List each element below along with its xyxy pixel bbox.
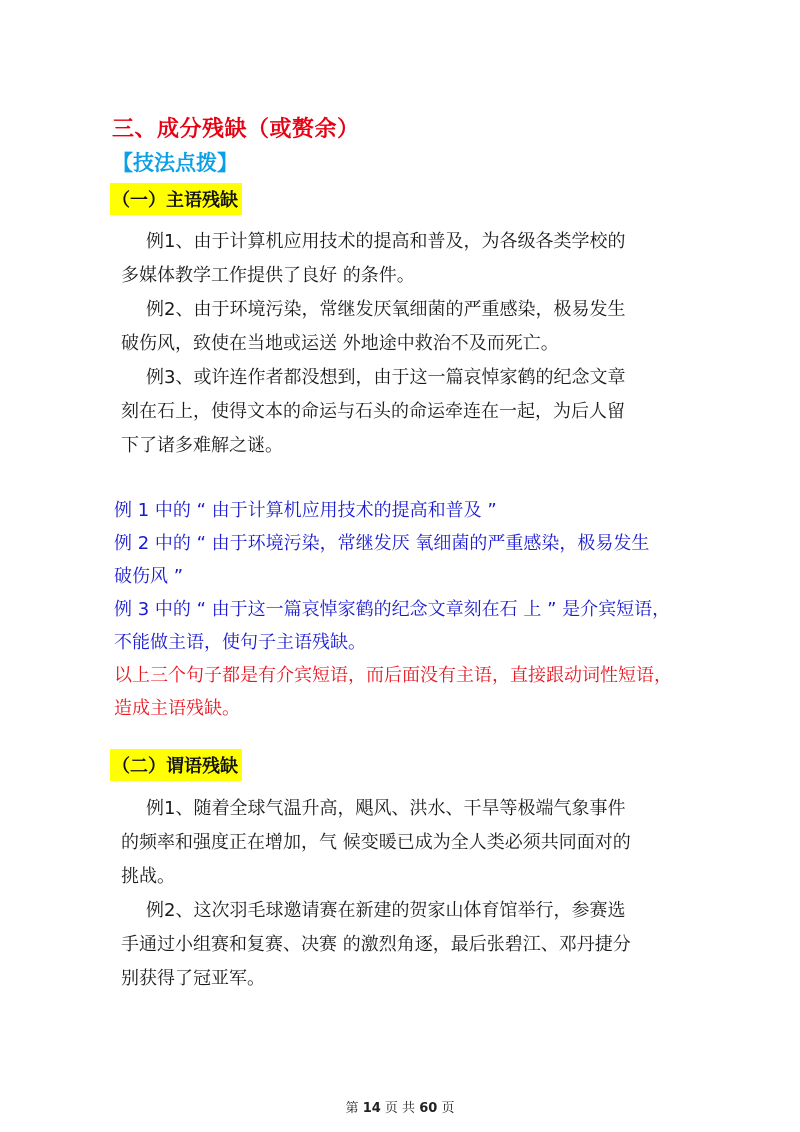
analysis-line: 例 1 中的 “ 由于计算机应用技术的提高和普及 ” bbox=[114, 496, 497, 522]
example-line: 破伤风，致使在当地或运送 外地途中救治不及而死亡。 bbox=[121, 327, 559, 361]
heading-subject-missing: （一）主语残缺 bbox=[110, 183, 242, 215]
conclusion-line: 造成主语残缺。 bbox=[114, 694, 240, 720]
footer-prefix: 第 bbox=[346, 1101, 359, 1116]
conclusion-line: 以上三个句子都是有介宾短语，而后面没有主语，直接跟动词性短语， bbox=[114, 661, 672, 687]
section-subtitle: 【技法点拨】 bbox=[112, 147, 238, 177]
example-line: 手通过小组赛和复赛、决赛 的激烈角逐，最后张碧江、邓丹捷分 bbox=[121, 928, 631, 962]
footer-suffix: 页 bbox=[441, 1101, 454, 1116]
footer-middle: 页 共 bbox=[385, 1101, 415, 1116]
example-line: 别获得了冠亚军。 bbox=[121, 962, 265, 996]
example-line: 例3、或许连作者都没想到，由于这一篇哀悼家鹤的纪念文章 bbox=[146, 361, 625, 395]
example-line: 例1、由于计算机应用技术的提高和普及，为各级各类学校的 bbox=[146, 225, 625, 259]
page-footer: 第 14 页 共 60 页 bbox=[0, 1097, 800, 1116]
analysis-line: 例 2 中的 “ 由于环境污染，常继发厌 氧细菌的严重感染，极易发生 bbox=[114, 529, 649, 555]
example-line: 例1、随着全球气温升高，飓风、洪水、干旱等极端气象事件 bbox=[146, 792, 625, 826]
total-pages-number: 60 bbox=[419, 1101, 437, 1116]
example-line: 下了诸多难解之谜。 bbox=[121, 429, 283, 463]
analysis-line: 不能做主语，使句子主语残缺。 bbox=[114, 628, 366, 654]
example-line: 多媒体教学工作提供了良好 的条件。 bbox=[121, 259, 415, 293]
example-line: 的频率和强度正在增加，气 候变暖已成为全人类必须共同面对的 bbox=[121, 826, 631, 860]
example-line: 挑战。 bbox=[121, 860, 175, 894]
example-line: 例2、由于环境污染，常继发厌氧细菌的严重感染，极易发生 bbox=[146, 293, 625, 327]
example-line: 刻在石上，使得文本的命运与石头的命运牵连在一起，为后人留 bbox=[121, 395, 625, 429]
current-page-number: 14 bbox=[363, 1101, 381, 1116]
example-line: 例2、这次羽毛球邀请赛在新建的贺家山体育馆举行，参赛选 bbox=[146, 894, 625, 928]
analysis-line: 破伤风 ” bbox=[114, 562, 183, 588]
analysis-line: 例 3 中的 “ 由于这一篇哀悼家鹤的纪念文章刻在石 上 ” 是介宾短语， bbox=[114, 595, 670, 621]
heading-predicate-missing: （二）谓语残缺 bbox=[110, 749, 242, 781]
section-title: 三、成分残缺（或赘余） bbox=[112, 112, 360, 143]
